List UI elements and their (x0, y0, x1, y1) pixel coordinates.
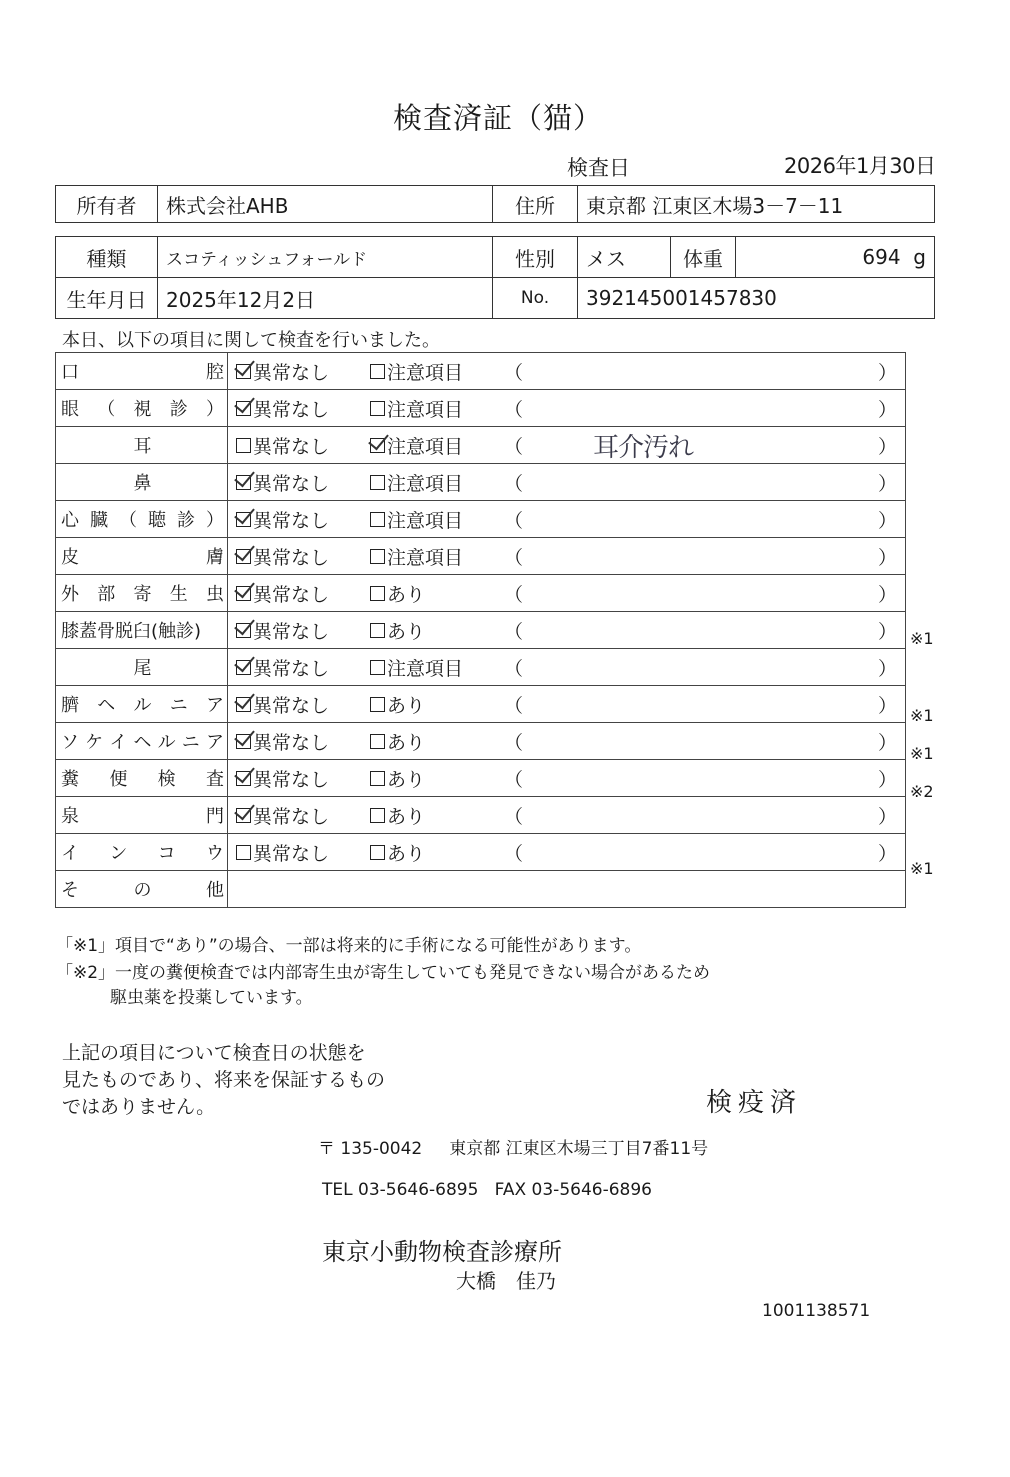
item-label: 尾 (56, 649, 228, 686)
owner-table: 所有者 株式会社AHB 住所 東京都 江東区木場3－7－11 (55, 185, 935, 223)
item-label-char: 生 (170, 580, 188, 606)
result-cell: 異常なし注意項目（） (228, 464, 906, 501)
item-label-char: 臍 (61, 691, 79, 717)
option-second-label: あり (387, 691, 425, 718)
option-normal[interactable]: 異常なし (236, 728, 329, 755)
item-label-char: 視 (134, 395, 152, 421)
option-second-label: 注意項目 (387, 654, 463, 681)
result-cell: 異常なしあり（） (228, 575, 906, 612)
note-paren-close: ） (878, 432, 897, 459)
owner-value: 株式会社AHB (158, 186, 493, 223)
note-paren-open: （ (504, 765, 523, 792)
weight-value: 694 (862, 245, 900, 269)
option-normal-label: 異常なし (253, 802, 329, 829)
note-paren-close: ） (878, 839, 897, 866)
item-label: 糞便検査 (56, 760, 228, 797)
inspection-row: 糞便検査異常なしあり（） (56, 760, 906, 797)
footnote-marker: ※2 (910, 782, 934, 801)
clinic-fax: FAX 03-5646-6896 (495, 1180, 652, 1200)
inspection-row: 泉門異常なしあり（） (56, 797, 906, 834)
result-cell: 異常なしあり（） (228, 723, 906, 760)
item-label-char: 寄 (134, 580, 152, 606)
note-paren-open: （ (504, 617, 523, 644)
note-paren-open: （ (504, 432, 523, 459)
exam-date-label: 検査日 (567, 152, 630, 182)
option-normal[interactable]: 異常なし (236, 395, 329, 422)
option-second[interactable]: 注意項目 (370, 358, 463, 385)
checkbox-caution[interactable] (370, 438, 385, 453)
address-value: 東京都 江東区木場3－7－11 (578, 186, 935, 223)
weight-cell: 694 g (736, 237, 935, 278)
clinic-address-line: 〒 135-0042 東京都 江東区木場三丁目7番11号 (318, 1134, 708, 1159)
result-cell: 異常なし注意項目（） (228, 353, 906, 390)
item-label-char: イ (109, 728, 127, 754)
item-label-char: （ (119, 506, 137, 532)
item-label-char: 虫 (206, 580, 224, 606)
item-label-char: 尾 (134, 654, 152, 680)
inspection-row: 膝蓋骨脱臼(触診)異常なしあり（） (56, 612, 906, 649)
note-paren-open: （ (504, 358, 523, 385)
result-cell: 異常なし注意項目（） (228, 501, 906, 538)
note-paren-close: ） (878, 654, 897, 681)
inspection-row: 皮膚異常なし注意項目（） (56, 538, 906, 575)
option-normal[interactable]: 異常なし (236, 617, 329, 644)
note-paren-close: ） (878, 691, 897, 718)
disclaimer-line: 上記の項目について検査日の状態を (62, 1040, 385, 1067)
option-second[interactable]: 注意項目 (370, 469, 463, 496)
option-normal-label: 異常なし (253, 765, 329, 792)
checkbox-normal[interactable] (236, 808, 251, 823)
item-label: 膝蓋骨脱臼(触診) (56, 612, 228, 649)
option-normal-label: 異常なし (253, 506, 329, 533)
footnote-2-line2: 駆虫薬を投薬しています。 (110, 983, 313, 1008)
item-label: 泉門 (56, 797, 228, 834)
checkbox-caution[interactable] (370, 364, 385, 379)
item-label-char: 眼 (61, 395, 79, 421)
checkbox-present[interactable] (370, 697, 385, 712)
item-label-char: 検 (158, 765, 176, 791)
clinic-contact: TEL 03-5646-6895 FAX 03-5646-6896 (322, 1180, 652, 1200)
item-label: 眼（視診） (56, 390, 228, 427)
disclaimer-line: 見たものであり、将来を保証するもの (62, 1067, 385, 1094)
item-label: ソケイヘルニア (56, 723, 228, 760)
inspection-row: 耳異常なし注意項目（耳介汚れ） (56, 427, 906, 464)
option-normal[interactable]: 異常なし (236, 654, 329, 681)
option-normal[interactable]: 異常なし (236, 839, 329, 866)
clinic-tel: TEL 03-5646-6895 (322, 1180, 478, 1200)
clinic-address: 東京都 江東区木場三丁目7番11号 (449, 1139, 708, 1159)
item-label: 皮膚 (56, 538, 228, 575)
item-label-char: 門 (206, 802, 224, 828)
disclaimer: 上記の項目について検査日の状態を 見たものであり、将来を保証するもの ではありま… (62, 1040, 385, 1121)
option-normal-label: 異常なし (253, 728, 329, 755)
result-cell: 異常なしあり（） (228, 834, 906, 871)
option-normal-label: 異常なし (253, 580, 329, 607)
checkbox-normal[interactable] (236, 586, 251, 601)
option-normal-label: 異常なし (253, 395, 329, 422)
option-second[interactable]: あり (370, 765, 425, 792)
item-label-char: イ (61, 839, 79, 865)
note-paren-close: ） (878, 506, 897, 533)
item-label-char: 口 (61, 358, 79, 384)
inspection-row: 尾異常なし注意項目（） (56, 649, 906, 686)
result-cell: 異常なしあり（） (228, 760, 906, 797)
exam-date: 2026年1月30日 (784, 150, 936, 180)
option-normal-label: 異常なし (253, 358, 329, 385)
option-normal[interactable]: 異常なし (236, 765, 329, 792)
note-paren-open: （ (504, 691, 523, 718)
breed-label: 種類 (56, 237, 158, 278)
item-label-char: 査 (206, 765, 224, 791)
option-second[interactable]: あり (370, 580, 425, 607)
option-second[interactable]: あり (370, 839, 425, 866)
item-label-char: そ (61, 876, 79, 902)
item-label-char: 糞 (61, 765, 79, 791)
inspection-row: 口腔異常なし注意項目（） (56, 353, 906, 390)
item-label: 臍ヘルニア (56, 686, 228, 723)
checkbox-normal[interactable] (236, 549, 251, 564)
item-label: インコウ (56, 834, 228, 871)
result-cell: 異常なしあり（） (228, 612, 906, 649)
option-normal-label: 異常なし (253, 839, 329, 866)
checkbox-normal[interactable] (236, 623, 251, 638)
checkbox-caution[interactable] (370, 549, 385, 564)
item-label-char: 便 (109, 765, 127, 791)
item-label-char: ヘ (97, 691, 115, 717)
inspection-row: インコウ異常なしあり（） (56, 834, 906, 871)
option-normal-label: 異常なし (253, 691, 329, 718)
footnote-2-line1: 「※2」一度の糞便検査では内部寄生虫が寄生していても発見できない場合があるため (56, 958, 710, 983)
checkbox-present[interactable] (370, 623, 385, 638)
note-paren-close: ） (878, 469, 897, 496)
option-normal-label: 異常なし (253, 543, 329, 570)
address-label: 住所 (493, 186, 578, 223)
note-paren-open: （ (504, 802, 523, 829)
option-normal-label: 異常なし (253, 469, 329, 496)
option-normal-label: 異常なし (253, 617, 329, 644)
note-paren-open: （ (504, 543, 523, 570)
item-label-char: 心 (61, 506, 79, 532)
checkbox-caution[interactable] (370, 512, 385, 527)
item-label-char: ケ (85, 728, 103, 754)
item-label-char: ） (206, 506, 224, 532)
option-second[interactable]: あり (370, 617, 425, 644)
option-normal[interactable]: 異常なし (236, 358, 329, 385)
item-label-char: ） (206, 395, 224, 421)
item-label-char: 耳 (134, 432, 152, 458)
checkbox-normal[interactable] (236, 734, 251, 749)
item-label-char: 聴 (148, 506, 166, 532)
document-number: 1001138571 (762, 1301, 870, 1321)
inspection-row: 外部寄生虫異常なしあり（） (56, 575, 906, 612)
document-title: 検査済証（猫） (393, 96, 603, 137)
item-label: 鼻 (56, 464, 228, 501)
item-label-char: ニ (170, 691, 188, 717)
option-normal[interactable]: 異常なし (236, 691, 329, 718)
result-cell: 異常なし注意項目（耳介汚れ） (228, 427, 906, 464)
weight-unit: g (913, 245, 926, 269)
option-second-label: 注意項目 (387, 358, 463, 385)
inspection-table: 口腔異常なし注意項目（）眼（視診）異常なし注意項目（）耳異常なし注意項目（耳介汚… (55, 352, 906, 908)
note-paren-close: ） (878, 580, 897, 607)
item-label-char: ソ (61, 728, 79, 754)
option-normal-label: 異常なし (253, 654, 329, 681)
item-label-char: 他 (206, 876, 224, 902)
checkbox-present[interactable] (370, 808, 385, 823)
note-paren-open: （ (504, 839, 523, 866)
item-label-char: 泉 (61, 802, 79, 828)
sex-value: メス (578, 237, 671, 278)
note-paren-open: （ (504, 506, 523, 533)
item-label-char: 診 (177, 506, 195, 532)
result-cell: 異常なしあり（） (228, 686, 906, 723)
option-second[interactable]: 注意項目 (370, 432, 463, 459)
checkbox-caution[interactable] (370, 401, 385, 416)
checkbox-normal[interactable] (236, 438, 251, 453)
disclaimer-line: ではありません。 (62, 1094, 385, 1121)
clinic-name: 東京小動物検査診療所 (322, 1232, 562, 1267)
checkbox-normal[interactable] (236, 845, 251, 860)
breed-value: スコティッシュフォールド (158, 237, 493, 278)
item-label-char: ア (206, 728, 224, 754)
note-paren-close: ） (878, 543, 897, 570)
option-normal[interactable]: 異常なし (236, 432, 329, 459)
checkbox-present[interactable] (370, 586, 385, 601)
note-paren-close: ） (878, 617, 897, 644)
note-paren-open: （ (504, 728, 523, 755)
checkbox-normal[interactable] (236, 660, 251, 675)
option-second-label: 注意項目 (387, 432, 463, 459)
item-label-char: 鼻 (134, 469, 152, 495)
checkbox-caution[interactable] (370, 475, 385, 490)
item-label: 外部寄生虫 (56, 575, 228, 612)
option-second[interactable]: あり (370, 728, 425, 755)
option-normal[interactable]: 異常なし (236, 543, 329, 570)
note-paren-close: ） (878, 358, 897, 385)
dob-value: 2025年12月2日 (158, 278, 493, 319)
postal-code: 〒 135-0042 (318, 1139, 422, 1159)
option-normal[interactable]: 異常なし (236, 469, 329, 496)
option-second-label: 注意項目 (387, 469, 463, 496)
option-second-label: 注意項目 (387, 395, 463, 422)
item-label-char: 部 (97, 580, 115, 606)
checkbox-present[interactable] (370, 845, 385, 860)
option-second[interactable]: あり (370, 802, 425, 829)
option-normal[interactable]: 異常なし (236, 580, 329, 607)
option-second[interactable]: 注意項目 (370, 654, 463, 681)
item-label-char: 臓 (90, 506, 108, 532)
option-second-label: あり (387, 580, 425, 607)
other-value[interactable] (228, 871, 906, 908)
weight-label: 体重 (671, 237, 736, 278)
option-second-label: あり (387, 728, 425, 755)
item-label: 心臓（聴診） (56, 501, 228, 538)
option-second-label: あり (387, 839, 425, 866)
option-second[interactable]: 注意項目 (370, 395, 463, 422)
item-label-char: 膚 (206, 543, 224, 569)
owner-label: 所有者 (56, 186, 158, 223)
result-cell: 異常なし注意項目（） (228, 649, 906, 686)
item-label-char: ア (206, 691, 224, 717)
item-label-char: ニ (182, 728, 200, 754)
inspection-row: 心臓（聴診）異常なし注意項目（） (56, 501, 906, 538)
note-paren-open: （ (504, 654, 523, 681)
vet-name: 大橋 佳乃 (456, 1265, 556, 1294)
item-label-char: 外 (61, 580, 79, 606)
note-paren-close: ） (878, 728, 897, 755)
result-cell: 異常なしあり（） (228, 797, 906, 834)
inspection-row: ソケイヘルニア異常なしあり（） (56, 723, 906, 760)
pet-table: 種類 スコティッシュフォールド 性別 メス 体重 694 g 生年月日 2025… (55, 236, 935, 319)
checkbox-normal[interactable] (236, 771, 251, 786)
footnote-marker: ※1 (910, 859, 934, 878)
option-second-label: 注意項目 (387, 543, 463, 570)
footnote-marker: ※1 (910, 629, 934, 648)
option-second[interactable]: あり (370, 691, 425, 718)
item-label-char: コ (158, 839, 176, 865)
result-cell: 異常なし注意項目（） (228, 538, 906, 575)
checkbox-normal[interactable] (236, 697, 251, 712)
option-normal-label: 異常なし (253, 432, 329, 459)
item-label-char: 膝蓋骨脱臼(触診) (61, 617, 201, 643)
sex-label: 性別 (493, 237, 578, 278)
checkbox-normal[interactable] (236, 401, 251, 416)
option-normal[interactable]: 異常なし (236, 506, 329, 533)
inspection-row-other: その他 (56, 871, 906, 908)
footnote-marker: ※1 (910, 706, 934, 725)
checkbox-normal[interactable] (236, 364, 251, 379)
note-paren-close: ） (878, 765, 897, 792)
item-label-char: （ (97, 395, 115, 421)
item-label-char: 皮 (61, 543, 79, 569)
handwritten-note[interactable]: 耳介汚れ (593, 427, 693, 464)
option-second[interactable]: 注意項目 (370, 506, 463, 533)
inspection-row: 鼻異常なし注意項目（） (56, 464, 906, 501)
dob-label: 生年月日 (56, 278, 158, 319)
item-label-char: ン (109, 839, 127, 865)
footnote-1: 「※1」項目で“あり”の場合、一部は将来的に手術になる可能性があります。 (56, 931, 641, 956)
option-second-label: 注意項目 (387, 506, 463, 533)
item-label: 耳 (56, 427, 228, 464)
option-second-label: あり (387, 617, 425, 644)
inspection-row: 臍ヘルニア異常なしあり（） (56, 686, 906, 723)
checkbox-present[interactable] (370, 734, 385, 749)
intro-text: 本日、以下の項目に関して検査を行いました。 (62, 326, 440, 352)
option-normal[interactable]: 異常なし (236, 802, 329, 829)
no-value: 392145001457830 (578, 278, 935, 319)
note-paren-open: （ (504, 580, 523, 607)
item-label-char: 診 (170, 395, 188, 421)
quarantine-stamp: 検疫済 (706, 1082, 802, 1119)
item-label: その他 (56, 871, 228, 908)
note-paren-close: ） (878, 802, 897, 829)
item-label-char: ヘ (133, 728, 151, 754)
note-paren-close: ） (878, 395, 897, 422)
checkbox-normal[interactable] (236, 475, 251, 490)
option-second-label: あり (387, 802, 425, 829)
no-label: No. (493, 278, 578, 319)
item-label-char: ル (158, 728, 176, 754)
option-second-label: あり (387, 765, 425, 792)
item-label-char: ウ (206, 839, 224, 865)
inspection-row: 眼（視診）異常なし注意項目（） (56, 390, 906, 427)
option-second[interactable]: 注意項目 (370, 543, 463, 570)
item-label: 口腔 (56, 353, 228, 390)
note-paren-open: （ (504, 395, 523, 422)
checkbox-normal[interactable] (236, 512, 251, 527)
result-cell: 異常なし注意項目（） (228, 390, 906, 427)
checkbox-caution[interactable] (370, 660, 385, 675)
item-label-char: 腔 (206, 358, 224, 384)
item-label-char: ル (134, 691, 152, 717)
checkbox-present[interactable] (370, 771, 385, 786)
footnote-marker: ※1 (910, 744, 934, 763)
item-label-char: の (134, 876, 152, 902)
note-paren-open: （ (504, 469, 523, 496)
